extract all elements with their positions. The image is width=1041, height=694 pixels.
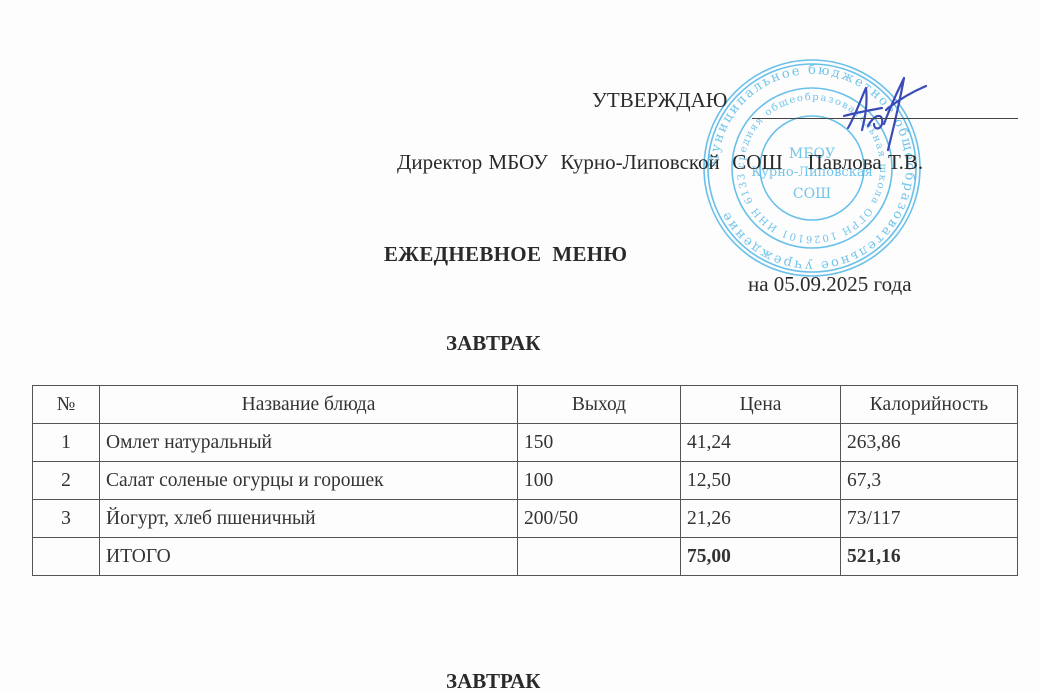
total-calories: 521,16: [841, 538, 1018, 576]
table-total-row: ИТОГО 75,00 521,16: [33, 538, 1018, 576]
total-label: ИТОГО: [100, 538, 518, 576]
dish-yield: 200/50: [518, 500, 681, 538]
svg-text:СОШ: СОШ: [793, 186, 831, 202]
document-title: ЕЖЕДНЕВНОЕ МЕНЮ: [384, 242, 627, 267]
row-number: 3: [33, 500, 100, 538]
total-price: 75,00: [681, 538, 841, 576]
row-number: 2: [33, 462, 100, 500]
total-yield: [518, 538, 681, 576]
director-signature: [838, 66, 928, 156]
table-row: 1 Омлет натуральный 150 41,24 263,86: [33, 424, 1018, 462]
dish-price: 41,24: [681, 424, 841, 462]
section-heading-breakfast-2: ЗАВТРАК: [446, 669, 541, 694]
section-heading-breakfast: ЗАВТРАК: [446, 331, 541, 356]
column-header-yield: Выход: [518, 386, 681, 424]
column-header-calories: Калорийность: [841, 386, 1018, 424]
dish-name: Йогурт, хлеб пшеничный: [100, 500, 518, 538]
row-number: 1: [33, 424, 100, 462]
menu-date: на 05.09.2025 года: [748, 272, 912, 297]
dish-yield: 150: [518, 424, 681, 462]
director-line: Директор МБОУ Курно-Липовской СОШ Павлов…: [397, 150, 923, 175]
breakfast-menu-table: № Название блюда Выход Цена Калорийность…: [32, 385, 1018, 576]
dish-calories: 263,86: [841, 424, 1018, 462]
dish-name: Салат соленые огурцы и горошек: [100, 462, 518, 500]
signature-line: [752, 118, 1018, 119]
column-header-number: №: [33, 386, 100, 424]
table-header-row: № Название блюда Выход Цена Калорийность: [33, 386, 1018, 424]
total-number-cell: [33, 538, 100, 576]
dish-calories: 73/117: [841, 500, 1018, 538]
table-row: 3 Йогурт, хлеб пшеничный 200/50 21,26 73…: [33, 500, 1018, 538]
table-row: 2 Салат соленые огурцы и горошек 100 12,…: [33, 462, 1018, 500]
approval-label: УТВЕРЖДАЮ: [592, 88, 727, 113]
dish-calories: 67,3: [841, 462, 1018, 500]
column-header-dish-name: Название блюда: [100, 386, 518, 424]
column-header-price: Цена: [681, 386, 841, 424]
dish-yield: 100: [518, 462, 681, 500]
dish-price: 21,26: [681, 500, 841, 538]
dish-name: Омлет натуральный: [100, 424, 518, 462]
dish-price: 12,50: [681, 462, 841, 500]
